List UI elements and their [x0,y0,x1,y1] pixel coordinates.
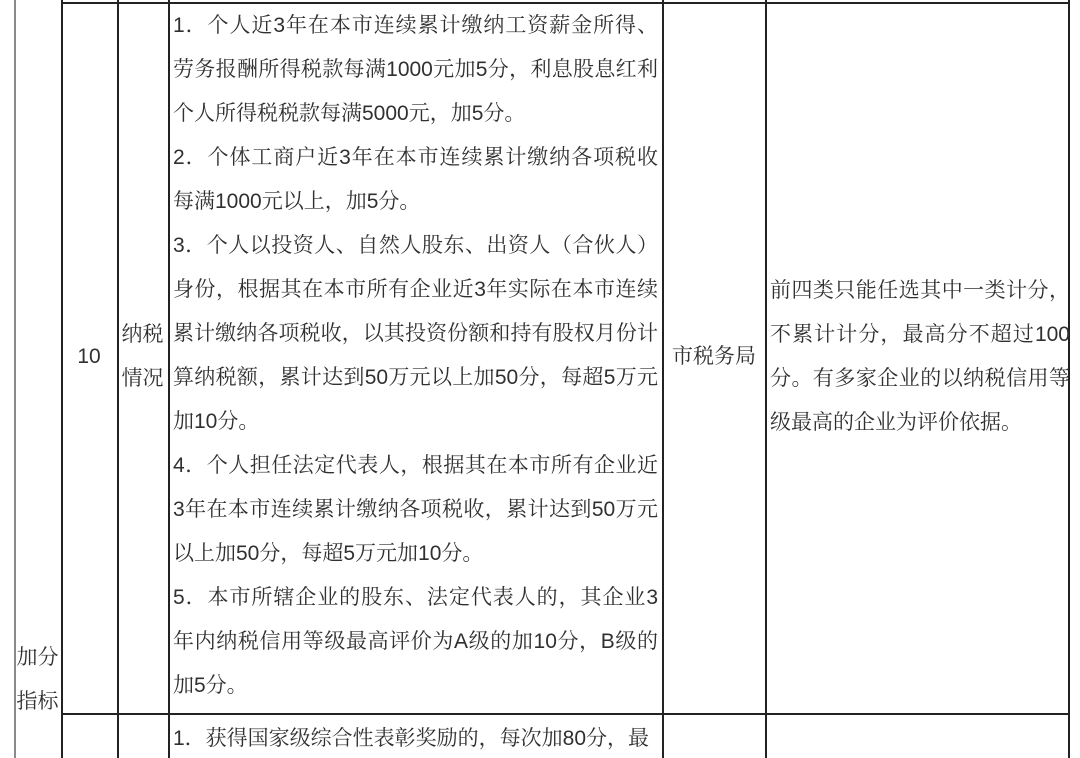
criteria-item-3: 3．个人以投资人、自然人股东、出资人（合伙人）身份，根据其在本市所有企业近3年实… [173,224,658,444]
row-group-label: 加分指标 [14,636,61,724]
criteria-item-1: 1．个人近3年在本市连续累计缴纳工资薪金所得、劳务报酬所得税款每满1000元加5… [173,4,658,136]
criteria-item-4: 4．个人担任法定代表人，根据其在本市所有企业近3年在本市连续累计缴纳各项税收，累… [173,444,658,576]
department-cell: 市税务局 [664,335,764,379]
points-criteria-table: 加分指标 10 纳税情况 1．个人近3年在本市连续累计缴纳工资薪金所得、劳务报酬… [0,0,1080,758]
criteria-item-5: 5．本市所辖企业的股东、法定代表人的，其企业3年内纳税信用等级最高评价为A级的加… [173,576,658,708]
table-border-category-col [168,0,170,758]
score-cell: 10 [63,335,115,379]
criteria-cell: 1．个人近3年在本市连续累计缴纳工资薪金所得、劳务报酬所得税款每满1000元加5… [173,2,658,708]
remarks-cell: 前四类只能任选其中一类计分，不累计计分，最高分不超过100分。有多家企业的以纳税… [770,269,1070,445]
table-border-group-col [61,0,63,758]
category-cell: 纳税情况 [119,313,166,401]
table-border-criteria-col [662,0,664,758]
next-row-criteria-cell: 1．获得国家级综合性表彰奖励的，每次加80分，最 [173,715,658,758]
table-border-department-col [765,0,767,758]
criteria-item-2: 2．个体工商户近3年在本市连续累计缴纳各项税收每满1000元以上，加5分。 [173,136,658,224]
